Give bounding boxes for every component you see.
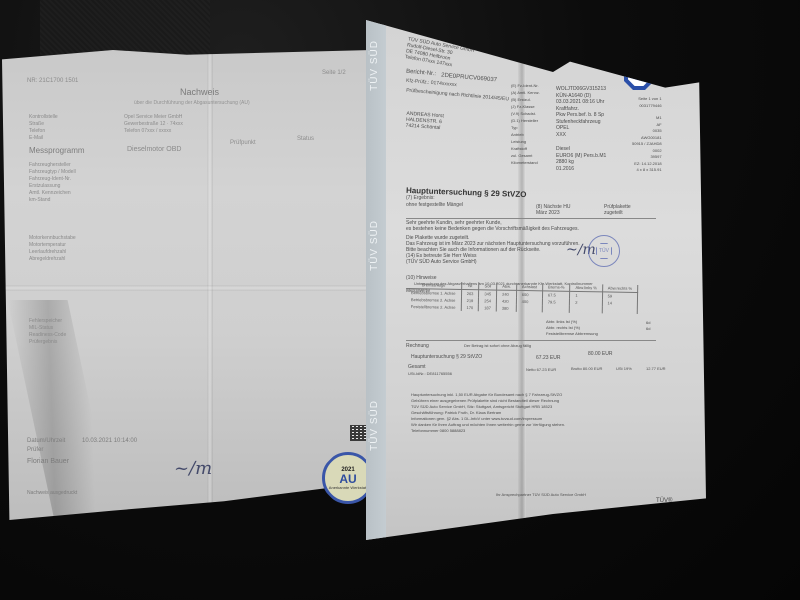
- qr-code: [350, 425, 366, 441]
- date-value: 10.03.2021 10:14:00: [82, 438, 137, 444]
- bottom-note: Nachweis ausgedruckt: [27, 490, 77, 496]
- divider: [406, 340, 656, 341]
- column-header-checkpoint: Prüfpunkt: [230, 140, 256, 146]
- side-strip-text: TÜV SÜD: [369, 40, 380, 91]
- owner-address: ANDREAS Horst HALDENSTR. 6 74214 Schönta…: [405, 111, 444, 132]
- column-header-status: Status: [297, 136, 314, 142]
- customer-message: Sehr geehrte Kundin, sehr geehrter Kunde…: [406, 220, 580, 253]
- examiner-info: (14) Es betreute Sie Herr Weiss (TÜV SÜD…: [406, 253, 477, 265]
- sticker-label: AU: [339, 473, 356, 485]
- invoice-item-gross: 80.00 EUR: [588, 351, 612, 357]
- certificate-text: Prüfbescheinigung nach Richtlinie 2014/4…: [406, 88, 509, 103]
- invoice-item-net: 67.23 EUR: [536, 355, 560, 361]
- invoice-vat-value: 12.77 EUR: [646, 366, 666, 371]
- invoice-label: Rechnung: [406, 343, 429, 349]
- doc-ref-number: NR: 21C1700 1501: [27, 78, 78, 84]
- inspection-plate-value: zugeteilt: [604, 210, 623, 216]
- vehicle-field-list: Fahrzeughersteller Fahrzeugtyp / Modell …: [29, 162, 76, 204]
- tuv-trademark: TÜV®: [656, 498, 672, 504]
- invoice-total-gross: Brutto 80.00 EUR: [571, 366, 602, 371]
- vat-id: USt-IdNr.: DE811765556: [408, 371, 452, 376]
- vehicle-right-values: Seite 1 von 1 0031779446 M1 AF 0035 AWG0…: [632, 96, 662, 174]
- paper-fold-horizontal: [2, 285, 372, 291]
- tuv-sud-logo: TÜV SÜD: [624, 60, 654, 90]
- vehicle-values: WOLJTD06GV315213 KÜN-A1640 (D) 03.03.202…: [556, 86, 606, 172]
- divider: [406, 218, 656, 219]
- test-program-label: Messprogramm: [29, 146, 85, 155]
- document-subtitle: über die Durchführung der Abgasuntersuch…: [134, 100, 250, 106]
- engine-field-list: Motorkennbuchstabe Motortemperatur Leerl…: [29, 235, 76, 263]
- inspector-label: Prüfer: [27, 447, 43, 453]
- test-program-value: Dieselmotor OBD: [127, 146, 181, 153]
- address-labels: Kontrollstelle Straße Telefon E-Mail: [29, 114, 58, 142]
- date-label: Datum/Uhrzeit: [27, 438, 65, 444]
- au-certificate-document: NR: 21C1700 1501 Seite 1/2 Nachweis über…: [2, 50, 372, 520]
- invoice-note: Der Betrag ist sofort ohne Abzug fällig: [464, 343, 531, 348]
- address-values: Opel Service Meier GmbH Gewerbestraße 12…: [124, 114, 183, 135]
- report-number-label: Bericht-Nr.:: [406, 69, 436, 78]
- brake-extra-labels: Abbr. links Ist (%) Abbr. rechts Ist (%)…: [546, 319, 598, 337]
- invoice-total-net: Netto 67.23 EUR: [526, 367, 556, 372]
- brake-extra-values: 6d 6d: [646, 320, 650, 332]
- side-strip-text: TÜV SÜD: [369, 400, 380, 451]
- page-indicator: Seite 1/2: [322, 70, 346, 76]
- sticker-ring-text: Anerkannte Werkstatt: [329, 485, 367, 490]
- fine-print: Hauptuntersuchung inkl. 1,50 EUR Abgabe …: [411, 392, 565, 434]
- result-value: ohne festgestellte Mängel: [406, 202, 463, 208]
- inspector-name: Florian Bauer: [27, 458, 69, 465]
- brake-measurement-table: Bremsanlage Ist Soll Abw. Achslast Brems…: [406, 281, 638, 314]
- hu-inspection-report-document: TÜV SÜD TÜV SÜD TÜV SÜD TÜV SÜD Auto Ser…: [366, 20, 706, 540]
- signature-left: ~∕m: [174, 458, 212, 479]
- document-title: Nachweis: [180, 87, 219, 97]
- vehicle-labels: (E) Fz-Ident-Nr. (A) Amtl. Kennz. (B) Er…: [511, 82, 540, 166]
- side-strip-text: TÜV SÜD: [369, 220, 380, 271]
- invoice-item-label: Hauptuntersuchung § 29 StVZO: [411, 354, 482, 360]
- invoice-total-label: Gesamt: [408, 364, 426, 370]
- invoice-vat-label: USt 19%: [616, 366, 632, 371]
- issuer-address: TÜV SÜD Auto Service GmbH Rudolf-Diesel-…: [404, 36, 474, 71]
- tuv-side-strip: TÜV SÜD TÜV SÜD TÜV SÜD: [366, 20, 386, 540]
- footer-contact: Ihr Ansprechpartner TÜV SÜD Auto Service…: [496, 492, 586, 497]
- next-hu-value: März 2023: [536, 210, 560, 216]
- tuv-stamp: TÜV: [588, 235, 620, 267]
- result-label: (7) Ergebnis:: [406, 195, 435, 201]
- obd-field-list: Fehlerspeicher MIL-Status Readiness-Code…: [29, 318, 66, 346]
